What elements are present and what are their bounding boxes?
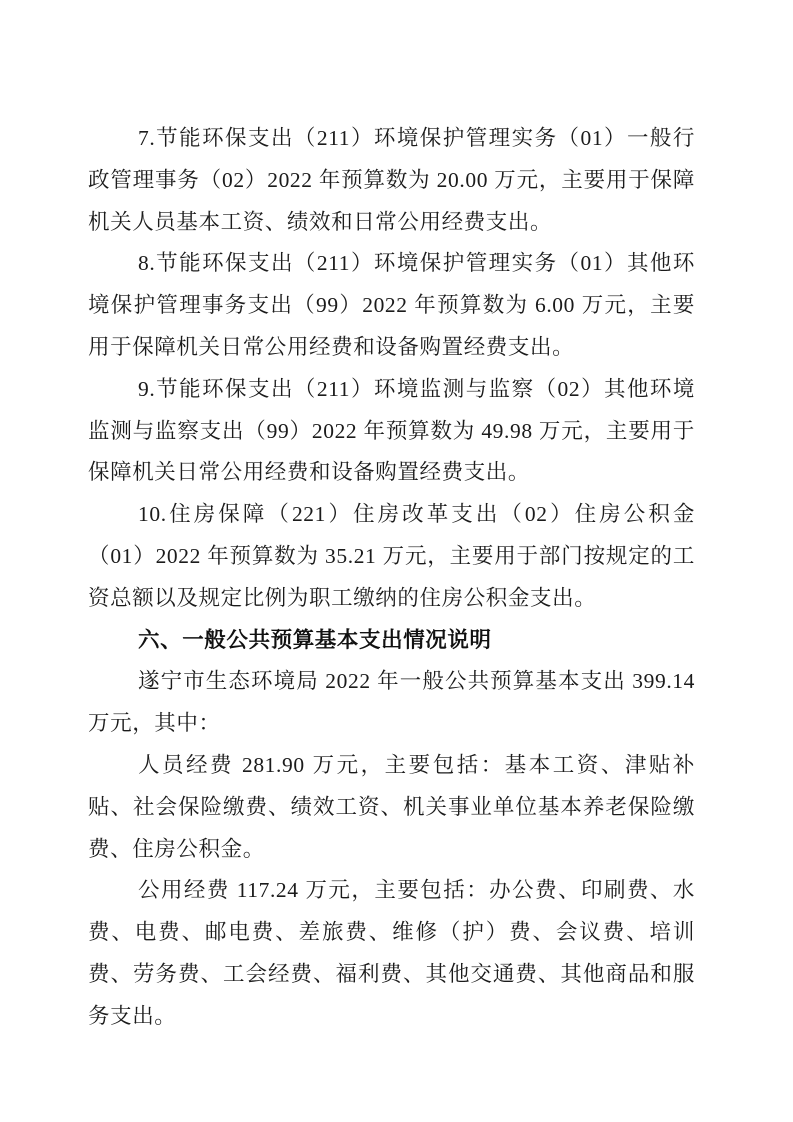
paragraph-budget-item-10: 10.住房保障（221）住房改革支出（02）住房公积金（01）2022 年预算数… <box>88 494 695 619</box>
paragraph-public-expenses: 公用经费 117.24 万元，主要包括：办公费、印刷费、水费、电费、邮电费、差旅… <box>88 870 695 1037</box>
paragraph-personnel-expenses: 人员经费 281.90 万元，主要包括：基本工资、津贴补贴、社会保险缴费、绩效工… <box>88 745 695 870</box>
paragraph-budget-item-9: 9.节能环保支出（211）环境监测与监察（02）其他环境监测与监察支出（99）2… <box>88 369 695 494</box>
paragraph-basic-expenditure-total: 遂宁市生态环境局 2022 年一般公共预算基本支出 399.14 万元，其中： <box>88 661 695 745</box>
document-page: 7.节能环保支出（211）环境保护管理实务（01）一般行政管理事务（02）202… <box>0 0 793 1122</box>
paragraph-budget-item-7: 7.节能环保支出（211）环境保护管理实务（01）一般行政管理事务（02）202… <box>88 118 695 243</box>
section-heading-basic-expenditure: 六、一般公共预算基本支出情况说明 <box>88 620 695 662</box>
paragraph-budget-item-8: 8.节能环保支出（211）环境保护管理实务（01）其他环境保护管理事务支出（99… <box>88 243 695 368</box>
